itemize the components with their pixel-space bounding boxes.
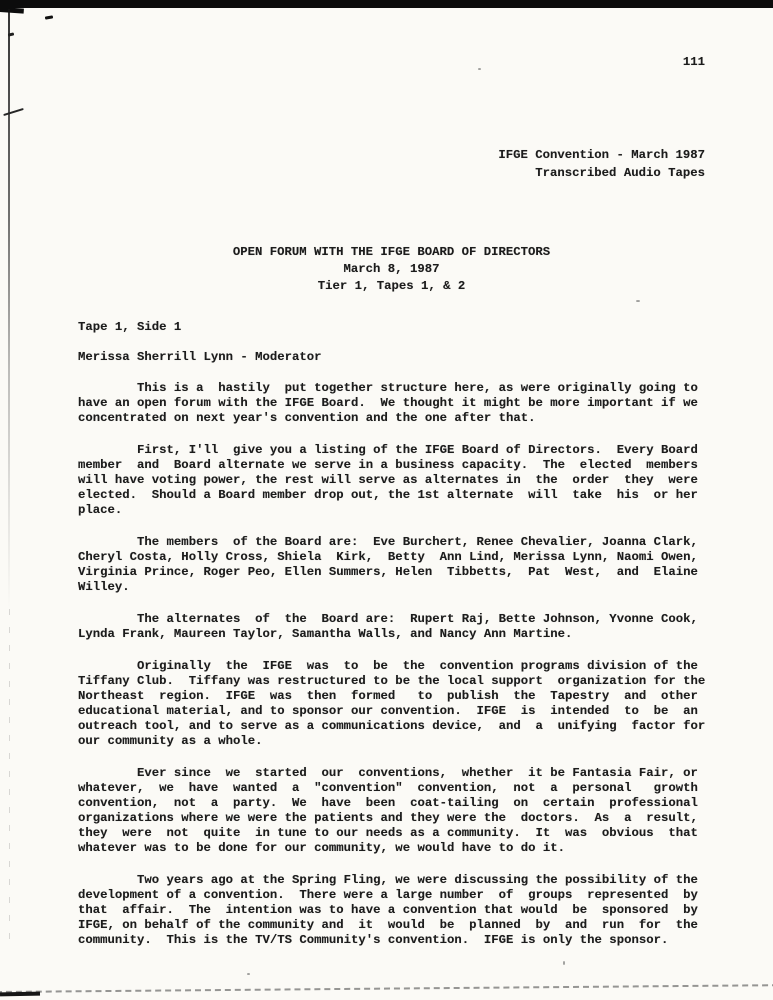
- scan-artifact-left-edge-fade: [9, 609, 10, 939]
- paragraph: Ever since we started our conventions, w…: [78, 766, 705, 856]
- text-column: 111 IFGE Convention - March 1987 Transcr…: [78, 0, 705, 1000]
- paragraph: This is a hastily put together structure…: [78, 381, 705, 426]
- paragraph: First, I'll give you a listing of the IF…: [78, 443, 705, 518]
- title-line-forum: OPEN FORUM WITH THE IFGE BOARD OF DIRECT…: [78, 244, 705, 261]
- title-line-tapes: Tier 1, Tapes 1, & 2: [78, 278, 705, 295]
- page-number: 111: [683, 55, 705, 70]
- scan-artifact-diagonal-tick: [3, 108, 24, 116]
- scan-speck: [45, 15, 53, 19]
- paragraph: The alternates of the Board are: Rupert …: [78, 612, 705, 642]
- scan-artifact-bottom-blob: [0, 992, 40, 997]
- document-title-block: OPEN FORUM WITH THE IFGE BOARD OF DIRECT…: [78, 244, 705, 295]
- scan-artifact-top-notch: [0, 7, 24, 14]
- scan-speck: [8, 32, 14, 36]
- document-header: IFGE Convention - March 1987 Transcribed…: [498, 146, 705, 182]
- transcript-body: This is a hastily put together structure…: [78, 381, 705, 965]
- tape-side-label: Tape 1, Side 1: [78, 320, 181, 335]
- title-line-date: March 8, 1987: [78, 261, 705, 278]
- header-convention-line: IFGE Convention - March 1987: [498, 146, 705, 164]
- moderator-label: Merissa Sherrill Lynn - Moderator: [78, 350, 322, 365]
- header-transcription-line: Transcribed Audio Tapes: [498, 164, 705, 182]
- scan-artifact-left-edge-line: [8, 9, 10, 609]
- paragraph: Originally the IFGE was to be the conven…: [78, 659, 705, 749]
- scanned-document-page: 111 IFGE Convention - March 1987 Transcr…: [0, 0, 773, 1000]
- paragraph: Two years ago at the Spring Fling, we we…: [78, 873, 705, 948]
- paragraph: The members of the Board are: Eve Burche…: [78, 535, 705, 595]
